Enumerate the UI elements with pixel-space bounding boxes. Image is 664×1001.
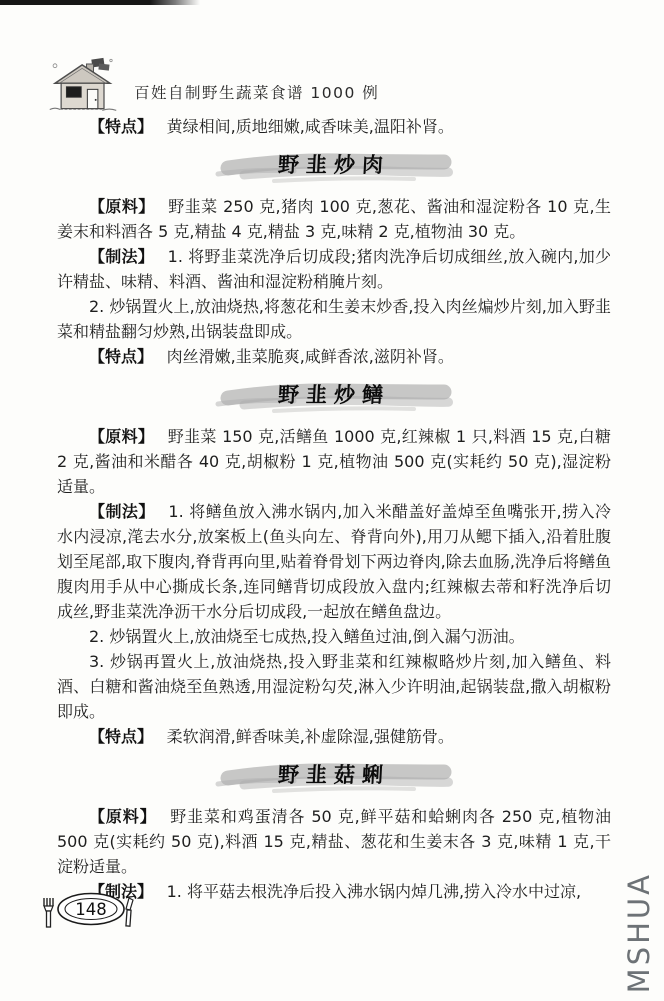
method-paragraph: 【制法】1. 将野韭菜洗净后切成段;猪肉洗净后切成细丝,放入碗内,加少许精盐、味… <box>57 244 611 294</box>
book-title: 百姓自制野生蔬菜食谱 1000 例 <box>134 67 379 103</box>
feature-text: 肉丝滑嫩,韭菜脆爽,咸鲜香浓,滋阴补肾。 <box>167 347 454 366</box>
ingredients-label: 【原料】 <box>89 197 155 216</box>
method-step-text: 3. 炒锅再置火上,放油烧热,投入野韭菜和红辣椒略炒片刻,加入鳝鱼、料酒、白糖和… <box>57 652 611 721</box>
method-label: 【制法】 <box>89 502 155 521</box>
feature-paragraph: 【特点】黄绿相间,质地细嫩,咸香味美,温阳补肾。 <box>57 114 611 139</box>
recipe-heading-2: 野韭炒鳝 <box>57 377 611 417</box>
watermark-text: MSHUA <box>622 872 656 993</box>
house-icon <box>48 56 118 114</box>
ingredients-label: 【原料】 <box>89 807 157 826</box>
recipe-heading-1: 野韭炒肉 <box>57 147 611 187</box>
page-body: 【特点】黄绿相间,质地细嫩,咸香味美,温阳补肾。 野韭炒肉 【原料】野韭菜 25… <box>57 114 611 904</box>
feature-paragraph: 【特点】柔软润滑,鲜香味美,补虚除湿,强健筋骨。 <box>57 724 611 749</box>
recipe-title: 野韭菇蜊 <box>213 763 454 788</box>
method-step-text: 2. 炒锅置火上,放油烧热,将葱花和生姜末炒香,投入肉丝煸炒片刻,加入野韭菜和精… <box>57 297 611 341</box>
feature-paragraph: 【特点】肉丝滑嫩,韭菜脆爽,咸鲜香浓,滋阴补肾。 <box>57 344 611 369</box>
feature-text: 柔软润滑,鲜香味美,补虚除湿,强健筋骨。 <box>167 727 454 746</box>
method-paragraph: 【制法】1. 将鳝鱼放入沸水锅内,加入米醋盖好盖焯至鱼嘴张开,捞入冷水内浸凉,滗… <box>57 499 611 624</box>
page-number-badge: 148 <box>36 884 140 940</box>
feature-label: 【特点】 <box>89 117 153 136</box>
method-step: 2. 炒锅置火上,放油烧热,将葱花和生姜末炒香,投入肉丝煸炒片刻,加入野韭菜和精… <box>57 294 611 344</box>
ingredients-label: 【原料】 <box>89 427 154 446</box>
ingredients-paragraph: 【原料】野韭菜 250 克,猪肉 100 克,葱花、酱油和湿淀粉各 10 克,生… <box>57 194 611 244</box>
method-step: 3. 炒锅再置火上,放油烧热,投入野韭菜和红辣椒略炒片刻,加入鳝鱼、料酒、白糖和… <box>57 649 611 724</box>
scan-artifact-top <box>0 0 200 5</box>
book-page: 百姓自制野生蔬菜食谱 1000 例 【特点】黄绿相间,质地细嫩,咸香味美,温阳补… <box>0 0 664 1001</box>
feature-text: 黄绿相间,质地细嫩,咸香味美,温阳补肾。 <box>167 117 454 136</box>
method-step-text: 1. 将平菇去根洗净后投入沸水锅内焯几沸,捞入冷水中过凉, <box>167 882 582 901</box>
method-label: 【制法】 <box>89 247 154 266</box>
feature-label: 【特点】 <box>89 347 153 366</box>
ingredients-paragraph: 【原料】野韭菜和鸡蛋清各 50 克,鲜平菇和蛤蜊肉各 250 克,植物油 500… <box>57 804 611 879</box>
page-header: 百姓自制野生蔬菜食谱 1000 例 <box>48 56 610 114</box>
recipe-title: 野韭炒鳝 <box>213 383 454 408</box>
page-number: 148 <box>75 900 107 919</box>
recipe-heading-3: 野韭菇蜊 <box>57 757 611 797</box>
method-step-text: 2. 炒锅置火上,放油烧至七成热,投入鳝鱼过油,倒入漏勺沥油。 <box>89 627 525 646</box>
recipe-title: 野韭炒肉 <box>213 153 454 178</box>
ingredients-paragraph: 【原料】野韭菜 150 克,活鳝鱼 1000 克,红辣椒 1 只,料酒 15 克… <box>57 424 611 499</box>
feature-label: 【特点】 <box>89 727 153 746</box>
method-paragraph: 【制法】1. 将平菇去根洗净后投入沸水锅内焯几沸,捞入冷水中过凉, <box>57 879 611 904</box>
method-step: 2. 炒锅置火上,放油烧至七成热,投入鳝鱼过油,倒入漏勺沥油。 <box>57 624 611 649</box>
